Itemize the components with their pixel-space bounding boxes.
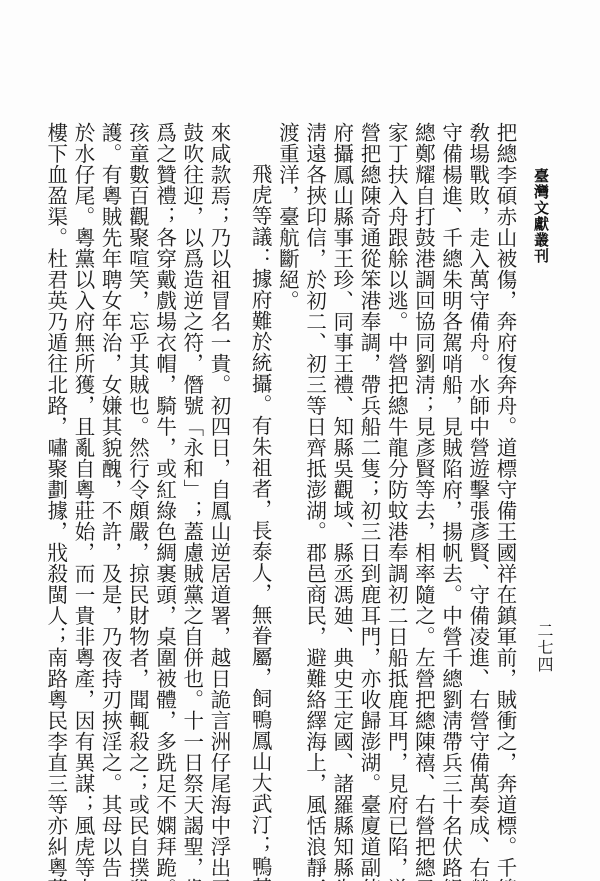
text-column: 營把總陳奇通從笨港奉調，帶兵船二隻；初三日到鹿耳門，亦收歸澎湖。臺廈道副使梁文煊… [355,122,382,862]
text-column: 總鄭耀自打鼓港調回協同劉淸；見彥賢等去，相率隨之。左營把總陳禧、右營把總尹成皆血… [409,122,436,862]
text-column-paragraph-start: 飛虎等議：據府難於統攝。有朱祖者，長泰人，無眷屬，飼鴨鳳山大武汀；鴨甚蕃，賊夥往 [246,122,273,862]
vertical-body-text: 把總李碩赤山被傷，奔府復奔舟。道標守備王國祥在鎮軍前，賊衝之，奔道標。千總許自重… [42,122,518,862]
text-column: 樓下血盈渠。杜君英乃遁往北路，嘯聚劃據，戕殺閩人；南路粵民李直三等亦糾粵莊豎旗，… [42,122,69,862]
text-column: 守備楊進、千總朱明各駕哨船，見賊陷府，揚帆去。中營千總劉淸帶兵三十名伏路鯤身，右… [436,122,463,862]
text-column: 淸遠各挾印信，於初二、初三等日齊抵澎湖。郡邑商民，避難絡繹海上，風恬浪靜，輕舠小… [300,122,327,862]
running-header-title: 臺灣文獻叢刊 [531,168,552,264]
text-column: 把總李碩赤山被傷，奔府復奔舟。道標守備王國祥在鎮軍前，賊衝之，奔道標。千總許自重… [491,122,518,862]
text-column: 家丁扶入舟跟艅以逃。中營把總牛龍分防蚊港奉調初二日船抵鹿耳門，見府已陷，遂赴澎湖… [382,122,409,862]
text-column: 護。有粵賊先年聘女年治，女嫌其貌醜，不許，及是，乃夜持刃挾淫之。其母以告一貴，令… [96,122,123,862]
text-column-paragraph-end: 渡重洋，臺航斷絕。 [273,122,300,862]
text-column: 於水仔尾。粵黨以入府無所獲，且亂自粵莊始，而一貴非粵產，因有異謀；風虎等大殺之，… [69,122,96,862]
text-column: 敎場戰敗，走入萬守備舟。水師中營遊擊張彥賢、守備凌進、右營守備萬奏成、右營遊擊王… [464,122,491,862]
text-column: 爲之贊禮；各穿戴戲場衣帽，騎牛，或紅綠色綢裹頭，桌圍被體，多跣足不嫻拜跪。是日，… [150,122,177,862]
text-column: 鼓吹往迎，以爲造逆之符，僭號「永和」；蓋慮賊黨之自併也。十一日祭天謁聖，歲貢林中… [178,122,205,862]
text-column: 來咸款焉；乃以祖冒名一貴。初四日，自鳳山逆居道署，越日詭言洲仔尾海中浮出玉帶七星… [205,122,232,862]
text-column: 府攝鳳山縣事王珍、同事王禮、知縣吳觀域、縣丞馮廸、典史王定國、諸羅縣知縣朱夔、典… [328,122,355,862]
text-column: 孩童數百觀聚喧笑，忘乎其賊也。然行令頗嚴，掠民財物者，聞輒殺之；或民自撲殺，賊黨… [123,122,150,862]
page-number: 二七四 [533,622,556,673]
book-page: 臺灣文獻叢刊 二七四 把總李碩赤山被傷，奔府復奔舟。道標守備王國祥在鎮軍前，賊衝… [0,0,600,881]
